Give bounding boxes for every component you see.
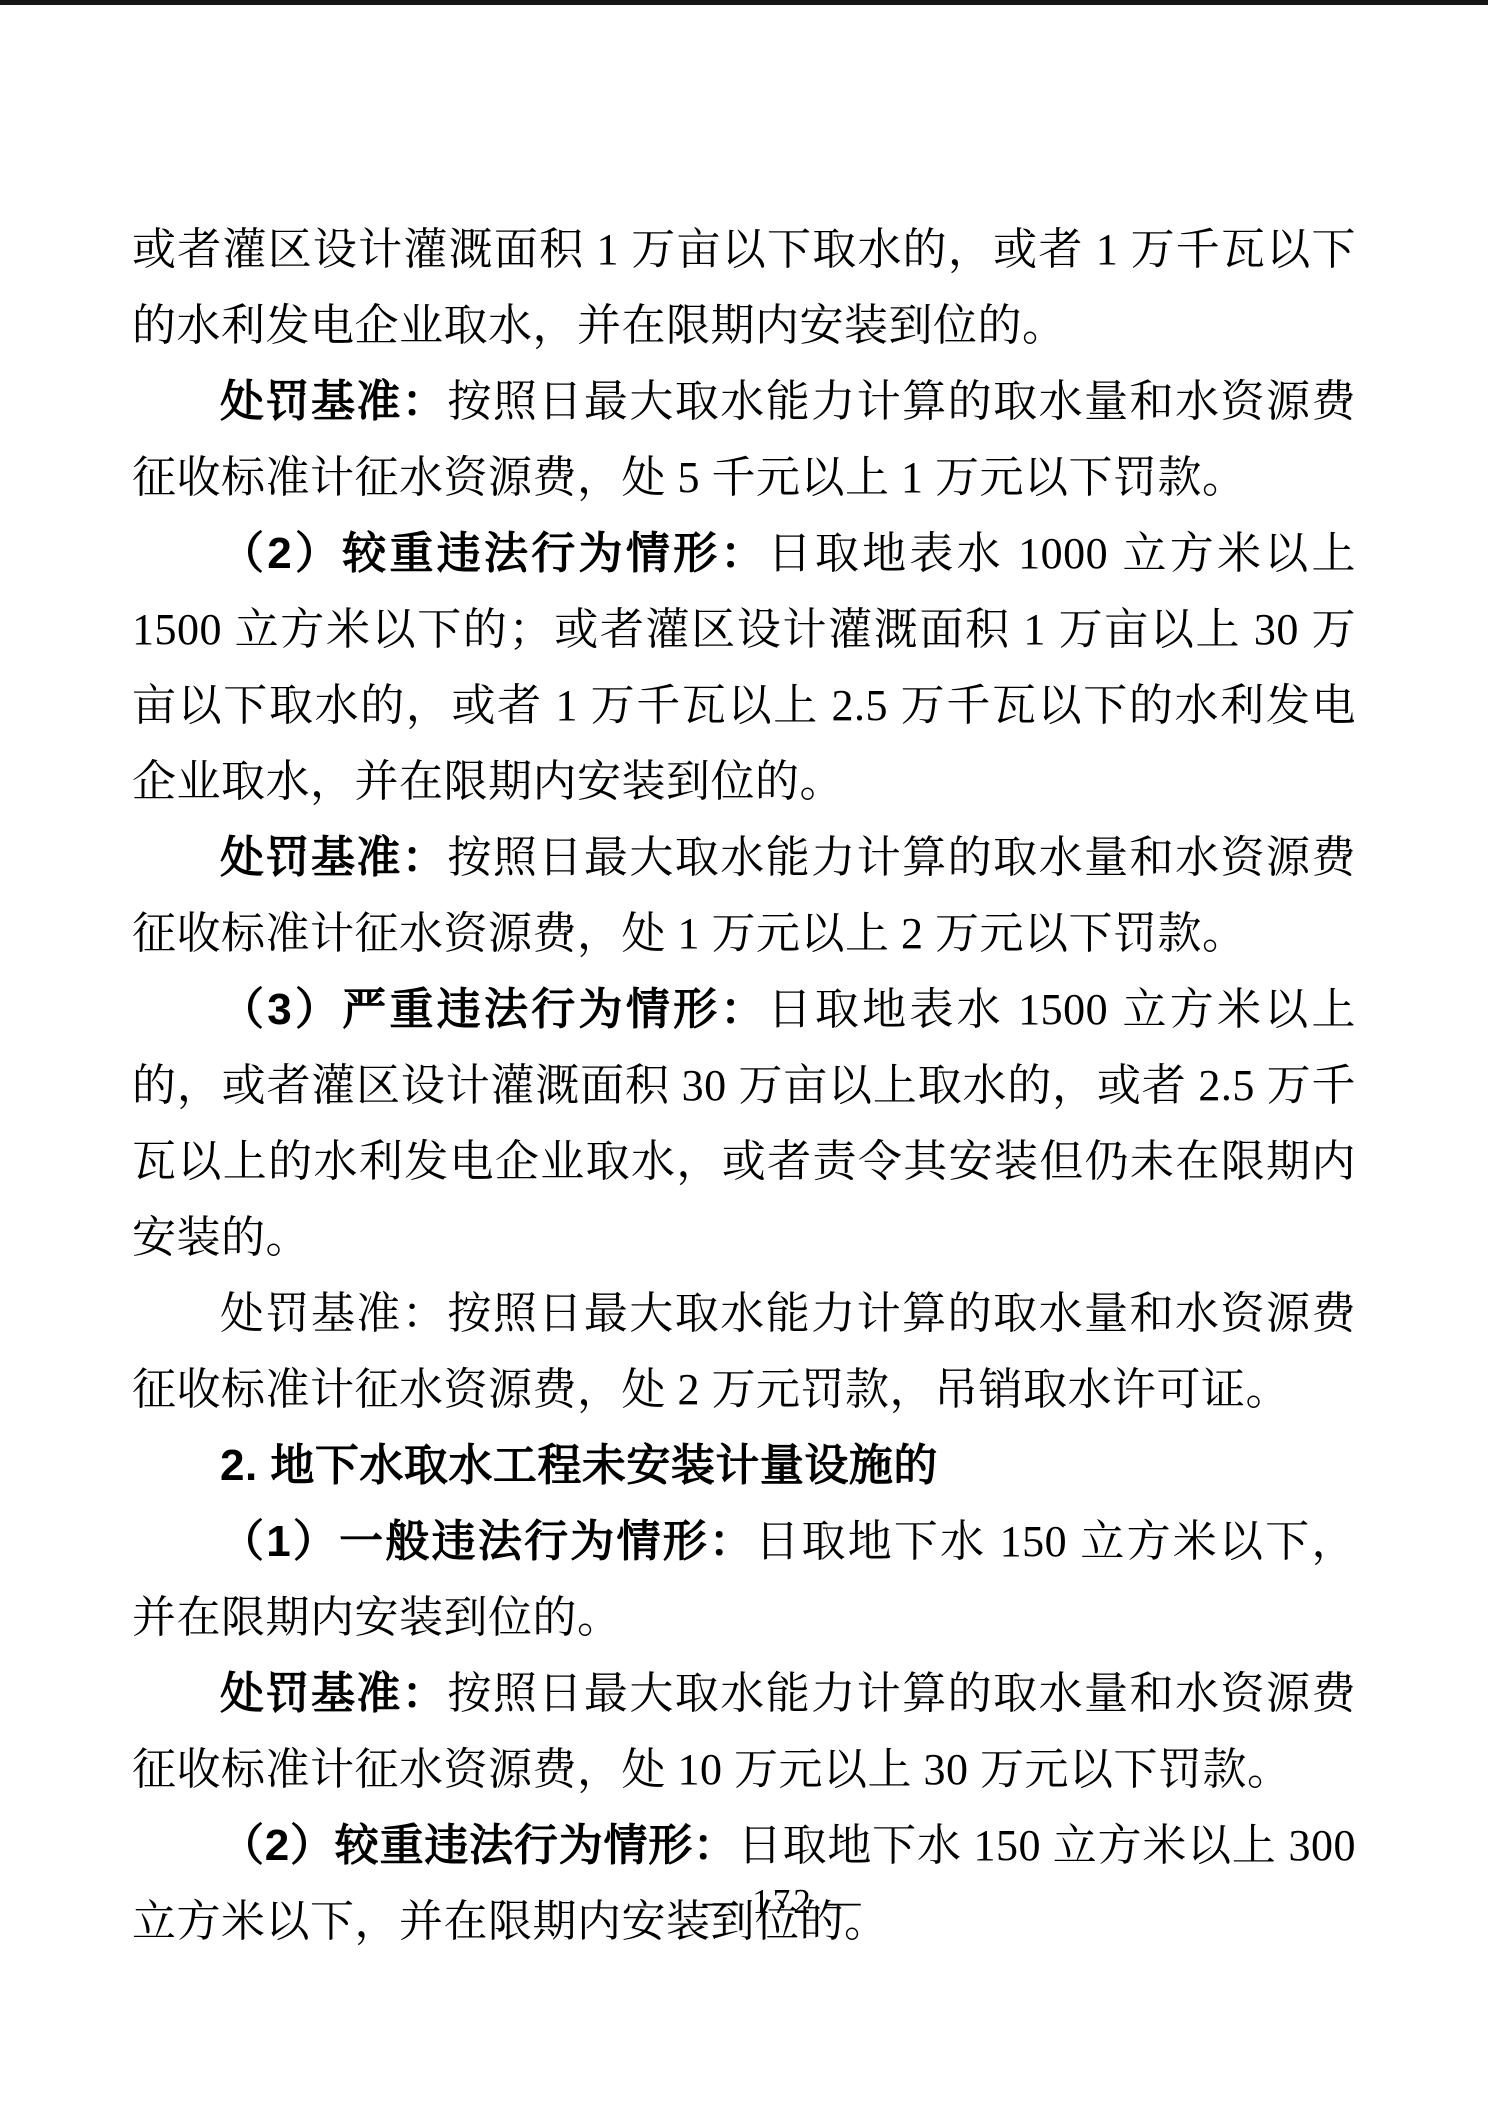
- paragraph-lead: 处罚基准：: [220, 833, 447, 882]
- document-body: 或者灌区设计灌溉面积 1 万亩以下取水的，或者 1 万千瓦以下的水利发电企业取水…: [132, 212, 1356, 1960]
- paragraph: （2）较重违法行为情形：日取地表水 1000 立方米以上 1500 立方米以下的…: [132, 516, 1356, 820]
- paragraph: （3）严重违法行为情形：日取地表水 1500 立方米以上的，或者灌区设计灌溉面积…: [132, 972, 1356, 1276]
- paragraph-lead: （2）较重违法行为情形：: [220, 529, 768, 578]
- paragraph-lead: （2）较重违法行为情形：: [220, 1821, 738, 1870]
- paragraph: （1）一般违法行为情形：日取地下水 150 立方米以下，并在限期内安装到位的。: [132, 1504, 1356, 1656]
- scan-edge-top: [0, 0, 1488, 5]
- paragraph-lead: （3）严重违法行为情形：: [220, 985, 768, 1034]
- paragraph: 处罚基准：按照日最大取水能力计算的取水量和水资源费征收标准计征水资源费，处 10…: [132, 1656, 1356, 1808]
- paragraph-lead: （1）一般违法行为情形：: [220, 1517, 755, 1566]
- page-number: — 172 —: [39, 1882, 1488, 1922]
- paragraph: 2. 地下水取水工程未安装计量设施的: [132, 1428, 1356, 1504]
- paragraph: 处罚基准：按照日最大取水能力计算的取水量和水资源费征收标准计征水资源费，处 5 …: [132, 364, 1356, 516]
- paragraph: 处罚基准：按照日最大取水能力计算的取水量和水资源费征收标准计征水资源费，处 1 …: [132, 820, 1356, 972]
- paragraph-text: 处罚基准：按照日最大取水能力计算的取水量和水资源费征收标准计征水资源费，处 2 …: [132, 1289, 1356, 1414]
- paragraph-lead: 2. 地下水取水工程未安装计量设施的: [220, 1441, 938, 1490]
- paragraph: 处罚基准：按照日最大取水能力计算的取水量和水资源费征收标准计征水资源费，处 2 …: [132, 1276, 1356, 1428]
- paragraph-lead: 处罚基准：: [220, 377, 447, 426]
- paragraph-lead: 处罚基准：: [220, 1669, 447, 1718]
- paragraph: 或者灌区设计灌溉面积 1 万亩以下取水的，或者 1 万千瓦以下的水利发电企业取水…: [132, 212, 1356, 364]
- page: { "page": { "number_label": "— 172 —", "…: [0, 0, 1488, 2104]
- paragraph-text: 或者灌区设计灌溉面积 1 万亩以下取水的，或者 1 万千瓦以下的水利发电企业取水…: [132, 225, 1356, 350]
